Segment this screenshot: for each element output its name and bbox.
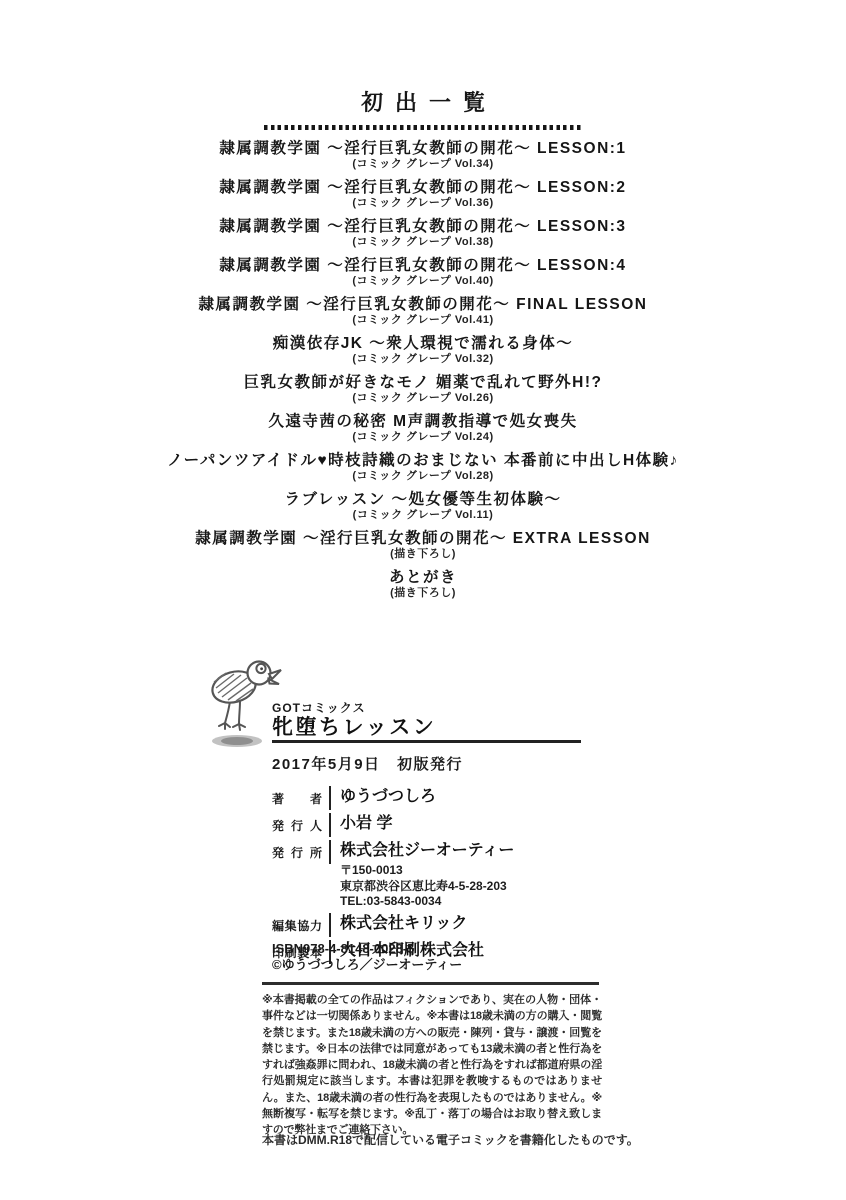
list-item: 隷属調教学園 ～淫行巨乳女教師の開花～ LESSON:2 (コミック グレープ …: [0, 178, 846, 210]
work-title: 巨乳女教師が好きなモノ 媚薬で乱れて野外H!?: [0, 373, 846, 392]
work-source: (描き下ろし): [0, 548, 846, 561]
work-source: (描き下ろし): [0, 587, 846, 600]
credit-row-editing: 編集協力 株式会社キリック: [272, 913, 602, 937]
credit-value: 株式会社キリック: [331, 913, 467, 937]
work-title: ラブレッスン ～処女優等生初体験～: [0, 490, 846, 509]
list-item: 久遠寺茜の秘密 M声調教指導で処女喪失 (コミック グレープ Vol.24): [0, 412, 846, 444]
work-title: ノーパンツアイドル♥時枝詩織のおまじない 本番前に中出しH体験♪: [0, 451, 846, 470]
isbn-number: ISBN978-4-8148-0028-5: [272, 941, 462, 957]
work-title: 隷属調教学園 ～淫行巨乳女教師の開花～ LESSON:2: [0, 178, 846, 197]
list-item: ノーパンツアイドル♥時枝詩織のおまじない 本番前に中出しH体験♪ (コミック グ…: [0, 451, 846, 483]
first-publication-list: 隷属調教学園 ～淫行巨乳女教師の開花～ LESSON:1 (コミック グレープ …: [0, 139, 846, 607]
work-source: (コミック グレープ Vol.34): [0, 158, 846, 171]
credits-table: 著者 ゆうづつしろ 発行人 小岩 学 発行所 株式会社ジーオーティー 〒150-…: [272, 786, 602, 967]
work-source: (コミック グレープ Vol.24): [0, 431, 846, 444]
work-source: (コミック グレープ Vol.28): [0, 470, 846, 483]
copyright-line: ©ゆうづつしろ／ジーオーティー: [272, 957, 462, 973]
work-title: あとがき: [0, 568, 846, 587]
bird-beak-lower: [269, 679, 280, 684]
colophon-page: 初出一覧 隷属調教学園 ～淫行巨乳女教師の開花～ LESSON:1 (コミック …: [0, 0, 846, 1200]
got-bird-logo: [204, 655, 282, 753]
credit-label: 著者: [272, 786, 331, 810]
credit-value: 小岩 学: [331, 813, 392, 837]
work-title: 隷属調教学園 ～淫行巨乳女教師の開花～ FINAL LESSON: [0, 295, 846, 314]
first-publication-header: 初出一覧: [0, 86, 846, 130]
list-item: 隷属調教学園 ～淫行巨乳女教師の開花～ EXTRA LESSON (描き下ろし): [0, 529, 846, 561]
digital-edition-note: 本書はDMM.R18で配信している電子コミックを書籍化したものです。: [262, 1131, 639, 1148]
publisher-address: 東京都渋谷区恵比寿4-5-28-203: [331, 879, 514, 894]
work-title: 痴漢依存JK ～衆人環視で濡れる身体～: [0, 334, 846, 353]
edition-date: 2017年5月9日 初版発行: [272, 753, 463, 774]
list-item: 巨乳女教師が好きなモノ 媚薬で乱れて野外H!? (コミック グレープ Vol.2…: [0, 373, 846, 405]
list-item: 隷属調教学園 ～淫行巨乳女教師の開花～ LESSON:1 (コミック グレープ …: [0, 139, 846, 171]
publisher-phone: TEL:03-5843-0034: [331, 894, 514, 909]
publisher-postal-code: 〒150-0013: [331, 863, 514, 878]
list-item: あとがき (描き下ろし): [0, 568, 846, 600]
legal-disclaimer: ※本書掲載の全ての作品はフィクションであり、実在の人物・団体・事件などは一切関係…: [262, 992, 602, 1139]
credit-value: ゆうづつしろ: [331, 786, 436, 810]
work-source: (コミック グレープ Vol.32): [0, 353, 846, 366]
credit-row-publisher-company: 発行所 株式会社ジーオーティー 〒150-0013 東京都渋谷区恵比寿4-5-2…: [272, 840, 602, 909]
list-item: 痴漢依存JK ～衆人環視で濡れる身体～ (コミック グレープ Vol.32): [0, 334, 846, 366]
credit-row-author: 著者 ゆうづつしろ: [272, 786, 602, 810]
work-title: 隷属調教学園 ～淫行巨乳女教師の開花～ LESSON:1: [0, 139, 846, 158]
list-item: 隷属調教学園 ～淫行巨乳女教師の開花～ FINAL LESSON (コミック グ…: [0, 295, 846, 327]
list-item: 隷属調教学園 ～淫行巨乳女教師の開花～ LESSON:3 (コミック グレープ …: [0, 217, 846, 249]
isbn-block: ISBN978-4-8148-0028-5 ©ゆうづつしろ／ジーオーティー: [272, 941, 462, 972]
title-rule: [272, 740, 581, 743]
credit-row-publisher-person: 発行人 小岩 学: [272, 813, 602, 837]
work-source: (コミック グレープ Vol.11): [0, 509, 846, 522]
work-source: (コミック グレープ Vol.26): [0, 392, 846, 405]
work-title: 隷属調教学園 ～淫行巨乳女教師の開花～ EXTRA LESSON: [0, 529, 846, 548]
work-title: 久遠寺茜の秘密 M声調教指導で処女喪失: [0, 412, 846, 431]
list-item: ラブレッスン ～処女優等生初体験～ (コミック グレープ Vol.11): [0, 490, 846, 522]
work-source: (コミック グレープ Vol.41): [0, 314, 846, 327]
book-title: 牝堕ちレッスン: [272, 711, 436, 741]
credit-label: 発行人: [272, 813, 331, 837]
work-title: 隷属調教学園 ～淫行巨乳女教師の開花～ LESSON:3: [0, 217, 846, 236]
work-title: 隷属調教学園 ～淫行巨乳女教師の開花～ LESSON:4: [0, 256, 846, 275]
credit-value: 株式会社ジーオーティー: [331, 840, 514, 862]
credit-label: 編集協力: [272, 913, 331, 937]
list-item: 隷属調教学園 ～淫行巨乳女教師の開花～ LESSON:4 (コミック グレープ …: [0, 256, 846, 288]
work-source: (コミック グレープ Vol.36): [0, 197, 846, 210]
page-title: 初出一覧: [361, 86, 497, 117]
credit-label: 発行所: [272, 840, 331, 864]
notice-rule: [262, 982, 599, 985]
work-source: (コミック グレープ Vol.38): [0, 236, 846, 249]
dotted-separator: [264, 125, 582, 130]
work-source: (コミック グレープ Vol.40): [0, 275, 846, 288]
